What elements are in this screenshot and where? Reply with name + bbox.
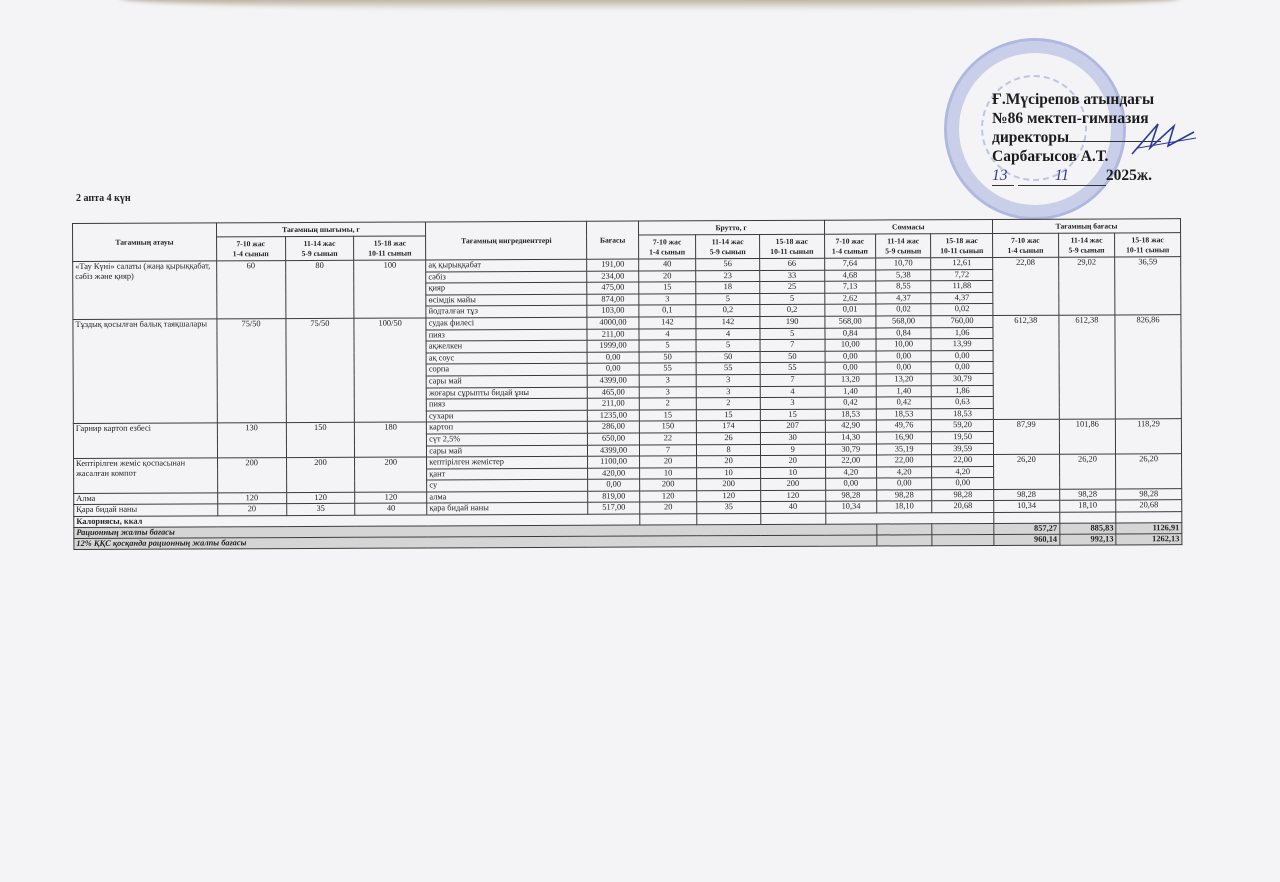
dish-price: 118,29 — [1116, 419, 1182, 454]
ingredient-sum: 98,28 — [825, 490, 876, 502]
ingredient-gross: 15 — [638, 282, 696, 294]
total-value: 1126,91 — [1116, 523, 1182, 534]
dish-yield: 130 — [217, 423, 286, 458]
header-gross: Брутто, г — [638, 220, 824, 235]
ingredient-sum: 22,00 — [876, 455, 931, 467]
total-value: 960,14 — [994, 534, 1060, 545]
calories-cell — [761, 513, 826, 524]
dish-yield: 20 — [217, 504, 286, 516]
ingredient-sum: 4,37 — [931, 292, 993, 304]
ingredient-name: судак филесі — [426, 317, 587, 329]
dish-price: 98,28 — [1116, 489, 1182, 501]
dish-name: Қара бидай наны — [74, 504, 218, 516]
ingredient-sum: 0,00 — [876, 351, 931, 363]
ingredient-price: 211,00 — [587, 329, 638, 341]
ingredient-name: ақ қырыққабат — [426, 259, 587, 271]
ingredient-gross: 5 — [760, 328, 825, 340]
total-cell — [877, 524, 932, 535]
total-value: 1262,13 — [1116, 534, 1182, 545]
ingredient-gross: 15 — [760, 409, 825, 421]
ingredient-name: су — [427, 480, 588, 492]
ingredient-gross: 50 — [639, 352, 697, 364]
ingredient-name: кептірілген жемістер — [427, 456, 588, 468]
calories-cell — [1116, 512, 1182, 523]
ingredient-price: 420,00 — [588, 468, 639, 480]
dish-price: 87,99 — [993, 420, 1059, 455]
ingredient-gross: 3 — [639, 294, 697, 306]
ingredient-gross: 55 — [760, 363, 825, 375]
week-day-label: 2 апта 4 күн — [76, 193, 131, 204]
dish-yield: 200 — [355, 457, 427, 492]
header-age-group: 7-10 жас1-4 сынып — [216, 237, 285, 261]
dish-name: Алма — [74, 493, 218, 505]
ingredient-sum: 4,20 — [876, 466, 931, 478]
dish-price: 18,10 — [1059, 500, 1116, 512]
total-value: 857,27 — [994, 523, 1060, 534]
ingredient-sum: 10,00 — [876, 339, 931, 351]
dish-yield: 120 — [355, 492, 427, 504]
ingredient-gross: 22 — [639, 433, 697, 445]
ingredient-gross: 10 — [697, 467, 761, 479]
ingredient-sum: 30,79 — [932, 373, 994, 385]
dish-yield: 80 — [285, 260, 354, 318]
calories-cell — [994, 512, 1060, 523]
ingredient-name: ақ соус — [426, 352, 587, 364]
ingredient-sum: 1,40 — [825, 386, 876, 398]
ingredient-name: сорпа — [426, 364, 587, 376]
ingredient-sum: 760,00 — [931, 315, 993, 327]
ingredient-gross: 23 — [696, 270, 760, 282]
ingredient-gross: 0,2 — [696, 305, 760, 317]
ingredient-price: 819,00 — [588, 491, 639, 503]
dish-name: Кептірілген жеміс қоспасынан жасалған ко… — [74, 458, 218, 493]
ingredient-sum: 18,10 — [877, 501, 932, 513]
header-age-group: 7-10 жас1-4 сынып — [993, 233, 1059, 257]
header-age-group: 15-18 жас10-11 сынып — [354, 236, 426, 260]
dish-yield: 75/50 — [285, 318, 354, 423]
ingredient-sum: 22,00 — [825, 455, 876, 467]
signature-icon — [1128, 118, 1198, 158]
ingredient-gross: 18 — [696, 282, 760, 294]
ingredient-gross: 56 — [696, 259, 760, 271]
ingredient-sum: 4,37 — [876, 293, 931, 305]
ingredient-price: 0,00 — [587, 352, 638, 364]
dish-price: 612,38 — [993, 315, 1059, 420]
ingredient-sum: 18,53 — [825, 409, 876, 421]
ingredient-sum: 42,90 — [825, 420, 876, 432]
ingredient-sum: 18,53 — [876, 408, 931, 420]
ingredient-sum: 0,00 — [931, 350, 993, 362]
ingredient-sum: 12,61 — [931, 257, 993, 269]
total-value: 992,13 — [1060, 534, 1117, 545]
total-cell — [932, 524, 994, 535]
ingredient-price: 234,00 — [587, 271, 638, 283]
ingredient-gross: 174 — [697, 421, 761, 433]
ingredient-sum: 0,84 — [825, 328, 876, 340]
ingredient-price: 517,00 — [588, 502, 639, 514]
ingredient-gross: 25 — [760, 281, 825, 293]
ingredient-gross: 66 — [760, 258, 825, 270]
ingredient-sum: 16,90 — [876, 432, 931, 444]
dish-price: 26,20 — [1059, 454, 1116, 489]
ingredient-name: қант — [427, 468, 588, 480]
header-age-group: 11-14 жас5-9 сынып — [696, 235, 760, 259]
ingredient-gross: 40 — [761, 502, 826, 514]
ingredient-gross: 190 — [760, 316, 825, 328]
dish-yield: 120 — [217, 492, 286, 504]
dish-price: 826,86 — [1115, 315, 1181, 420]
ingredient-sum: 0,02 — [876, 304, 931, 316]
ingredient-gross: 15 — [697, 409, 761, 421]
ingredient-sum: 13,20 — [825, 374, 876, 386]
ingredient-gross: 120 — [697, 490, 761, 502]
ingredient-gross: 2 — [696, 398, 760, 410]
ingredient-sum: 0,01 — [824, 304, 875, 316]
ingredient-price: 475,00 — [587, 282, 638, 294]
document-page: Ғ.Мүсірепов атындағы №86 мектеп-гимназия… — [0, 0, 1280, 882]
ingredient-gross: 5 — [696, 293, 760, 305]
ingredient-sum: 98,28 — [932, 489, 994, 501]
ingredient-name: пияз — [426, 329, 587, 341]
ingredient-sum: 19,50 — [932, 431, 994, 443]
ingredient-name: сүт 2,5% — [427, 433, 588, 445]
calories-cell — [825, 513, 993, 525]
menu-table: Тағамның атауы Тағамның шығымы, г Тағамн… — [72, 218, 1182, 550]
dish-price: 26,20 — [994, 454, 1060, 489]
ingredient-price: 4000,00 — [587, 317, 638, 329]
ingredient-sum: 1,06 — [931, 327, 993, 339]
ingredient-sum: 13,20 — [876, 374, 931, 386]
ingredient-gross: 15 — [639, 409, 697, 421]
ingredient-sum: 0,00 — [931, 362, 993, 374]
header-age-group: 15-18 жас10-11 сынып — [759, 234, 824, 258]
ingredient-gross: 142 — [696, 316, 760, 328]
header-age-group: 11-14 жас5-9 сынып — [875, 234, 931, 258]
ingredient-price: 650,00 — [588, 433, 639, 445]
ingredient-sum: 0,00 — [877, 478, 932, 490]
dish-price: 101,86 — [1059, 419, 1116, 454]
ingredient-sum: 10,34 — [825, 501, 876, 513]
ingredient-sum: 39,59 — [932, 443, 994, 455]
ingredient-price: 4399,00 — [588, 375, 639, 387]
ingredient-sum: 7,72 — [931, 269, 993, 281]
ingredient-gross: 10 — [760, 467, 825, 479]
ingredient-name: ақжелкен — [426, 340, 587, 352]
ingredient-sum: 5,38 — [876, 269, 931, 281]
ingredient-price: 211,00 — [588, 398, 639, 410]
approval-date: 13 112025ж. — [992, 166, 1161, 186]
ingredient-gross: 3 — [639, 386, 697, 398]
ingredient-price: 286,00 — [588, 421, 639, 433]
ingredient-sum: 18,53 — [932, 408, 994, 420]
calories-cell — [1059, 512, 1116, 523]
total-value: 885,83 — [1060, 523, 1117, 534]
ingredient-sum: 20,68 — [932, 501, 994, 513]
header-age-group: 11-14 жас5-9 сынып — [1058, 233, 1115, 257]
ingredient-gross: 200 — [760, 478, 825, 490]
ingredient-sum: 0,42 — [876, 397, 931, 409]
ingredient-name: пияз — [426, 398, 587, 410]
ingredient-gross: 5 — [696, 340, 760, 352]
dish-yield: 120 — [286, 492, 355, 504]
header-age-group: 15-18 жас10-11 сынып — [1115, 233, 1181, 257]
ingredient-price: 465,00 — [588, 387, 639, 399]
ingredient-gross: 10 — [639, 467, 697, 479]
ingredient-gross: 26 — [697, 432, 761, 444]
ingredient-gross: 200 — [697, 479, 761, 491]
ingredient-price: 103,00 — [587, 305, 638, 317]
header-ingredients: Тағамның ингредиенттері — [426, 221, 587, 260]
ingredient-sum: 11,88 — [931, 281, 993, 293]
ingredient-gross: 8 — [697, 444, 761, 456]
ingredient-sum: 14,30 — [825, 432, 876, 444]
dish-price: 26,20 — [1116, 454, 1182, 489]
ingredient-name: сары май — [427, 445, 588, 457]
dish-name: Тұздық қосылған балық таяқшалары — [73, 319, 217, 424]
dish-price: 29,02 — [1058, 257, 1115, 315]
ingredient-sum: 0,84 — [876, 327, 931, 339]
ingredient-gross: 3 — [696, 374, 760, 386]
header-age-group: 7-10 жас1-4 сынып — [638, 235, 696, 259]
ingredient-name: өсімдік майы — [426, 294, 587, 306]
ingredient-gross: 35 — [697, 502, 761, 514]
dish-price: 98,28 — [994, 489, 1060, 501]
ingredient-price: 191,00 — [587, 259, 638, 271]
ingredient-gross: 207 — [760, 421, 825, 433]
ingredient-name: алма — [427, 491, 588, 503]
total-cell — [932, 535, 994, 546]
ingredient-name: сухари — [427, 410, 588, 422]
ingredient-price: 0,00 — [588, 479, 639, 491]
ingredient-sum: 0,00 — [825, 351, 876, 363]
ingredient-price: 1235,00 — [588, 410, 639, 422]
ingredient-price: 1100,00 — [588, 456, 639, 468]
ingredient-sum: 1,40 — [876, 385, 931, 397]
ingredient-gross: 50 — [760, 351, 825, 363]
ingredient-gross: 0,2 — [760, 305, 825, 317]
dish-price: 612,38 — [1059, 315, 1116, 420]
dish-price: 10,34 — [994, 501, 1060, 513]
ingredient-gross: 4 — [696, 328, 760, 340]
ingredient-price: 1999,00 — [587, 340, 638, 352]
ingredient-gross: 7 — [760, 374, 825, 386]
calories-cell — [697, 514, 761, 525]
header-sum: Соммасы — [824, 219, 992, 234]
ingredient-sum: 13,99 — [931, 339, 993, 351]
ingredient-gross: 55 — [696, 363, 760, 375]
ingredient-gross: 0,1 — [639, 305, 697, 317]
ingredient-sum: 7,13 — [824, 281, 875, 293]
ingredient-sum: 2,62 — [824, 293, 875, 305]
dish-price: 98,28 — [1059, 489, 1116, 501]
ingredient-sum: 59,20 — [932, 420, 994, 432]
ingredient-sum: 0,02 — [931, 304, 993, 316]
ingredient-gross: 200 — [639, 479, 697, 491]
dish-name: «Тау Күні» салаты (жаңа қырыққабат, сәбі… — [73, 261, 217, 320]
ingredient-sum: 0,00 — [825, 478, 876, 490]
dish-yield: 150 — [286, 423, 355, 458]
header-age-group: 11-14 жас5-9 сынып — [285, 236, 354, 260]
ingredient-sum: 98,28 — [877, 490, 932, 502]
ingredient-sum: 8,55 — [876, 281, 931, 293]
ingredient-gross: 20 — [760, 455, 825, 467]
dish-yield: 200 — [217, 458, 286, 493]
ingredient-name: сәбіз — [426, 271, 587, 283]
ingredient-sum: 22,00 — [932, 455, 994, 467]
ingredient-gross: 50 — [696, 351, 760, 363]
dish-yield: 60 — [216, 261, 285, 319]
ingredient-sum: 4,20 — [825, 467, 876, 479]
ingredient-price: 874,00 — [587, 294, 638, 306]
ingredient-sum: 0,00 — [876, 362, 931, 374]
dish-price: 20,68 — [1116, 500, 1182, 512]
ingredient-gross: 3 — [639, 375, 697, 387]
ingredient-name: жоғары сұрыпты бидай ұны — [426, 387, 587, 399]
ingredient-gross: 120 — [639, 491, 697, 503]
ingredient-name: картоп — [427, 422, 588, 434]
ingredient-gross: 7 — [760, 339, 825, 351]
ingredient-gross: 55 — [639, 363, 697, 375]
ingredient-sum: 0,63 — [932, 397, 994, 409]
ingredient-gross: 4 — [760, 386, 825, 398]
ingredient-gross: 20 — [639, 456, 697, 468]
ingredient-gross: 40 — [638, 259, 696, 271]
ingredient-gross: 20 — [697, 456, 761, 468]
ingredient-gross: 5 — [639, 340, 697, 352]
ingredient-sum: 35,19 — [876, 443, 931, 455]
total-cell — [877, 535, 932, 546]
ingredient-gross: 7 — [639, 444, 697, 456]
ingredient-sum: 0,00 — [825, 362, 876, 374]
ingredient-sum: 4,20 — [932, 466, 994, 478]
ingredient-price: 4399,00 — [588, 445, 639, 457]
ingredient-gross: 3 — [760, 397, 825, 409]
ingredient-sum: 568,00 — [876, 316, 931, 328]
dish-yield: 200 — [286, 457, 355, 492]
ingredient-gross: 142 — [639, 317, 697, 329]
dish-yield: 35 — [286, 504, 355, 516]
ingredient-gross: 30 — [760, 432, 825, 444]
dish-name: Гарнир картоп езбесі — [73, 423, 217, 458]
header-dish-price: Тағамның бағасы — [992, 219, 1180, 234]
ingredient-sum: 4,68 — [824, 270, 875, 282]
dish-yield: 180 — [355, 422, 427, 457]
ingredient-price: 0,00 — [588, 363, 639, 375]
ingredient-gross: 3 — [696, 386, 760, 398]
ingredient-sum: 1,86 — [932, 385, 994, 397]
dish-price: 36,59 — [1115, 257, 1181, 315]
ingredient-sum: 30,79 — [825, 443, 876, 455]
ingredient-gross: 5 — [760, 293, 825, 305]
dish-yield: 100/50 — [354, 318, 426, 423]
ingredient-sum: 7,64 — [824, 258, 875, 270]
ingredient-sum: 568,00 — [824, 316, 875, 328]
ingredient-name: йодталған тұз — [426, 306, 587, 318]
ingredient-sum: 0,42 — [825, 397, 876, 409]
header-yield: Тағамның шығымы, г — [216, 222, 425, 237]
dish-yield: 100 — [354, 260, 426, 318]
approval-line-1: Ғ.Мүсірепов атындағы — [992, 90, 1161, 109]
calories-cell — [639, 514, 697, 525]
dish-price: 22,08 — [993, 257, 1059, 315]
ingredient-sum: 10,70 — [876, 258, 931, 270]
ingredient-gross: 20 — [638, 270, 696, 282]
total-label: 12% ҚҚС қосқанда рационның жалпы бағасы — [74, 535, 877, 550]
ingredient-sum: 49,76 — [876, 420, 931, 432]
ingredient-name: сары май — [426, 375, 587, 387]
ingredient-sum: 10,00 — [825, 339, 876, 351]
ingredient-gross: 120 — [761, 490, 826, 502]
ingredient-name: қара бидай наны — [427, 503, 588, 515]
dish-yield: 40 — [355, 503, 427, 515]
ingredient-gross: 9 — [760, 444, 825, 456]
ingredient-gross: 4 — [639, 328, 697, 340]
ingredient-gross: 33 — [760, 270, 825, 282]
ingredient-sum: 0,00 — [932, 478, 994, 490]
header-age-group: 7-10 жас1-4 сынып — [824, 234, 875, 258]
header-age-group: 15-18 жас10-11 сынып — [931, 233, 993, 257]
ingredient-name: қияр — [426, 282, 587, 294]
header-price: Бағасы — [587, 221, 638, 259]
header-dish-name: Тағамның атауы — [73, 223, 217, 262]
ingredient-gross: 2 — [639, 398, 697, 410]
dish-yield: 75/50 — [217, 319, 286, 424]
ingredient-gross: 150 — [639, 421, 697, 433]
ingredient-gross: 20 — [639, 502, 697, 514]
